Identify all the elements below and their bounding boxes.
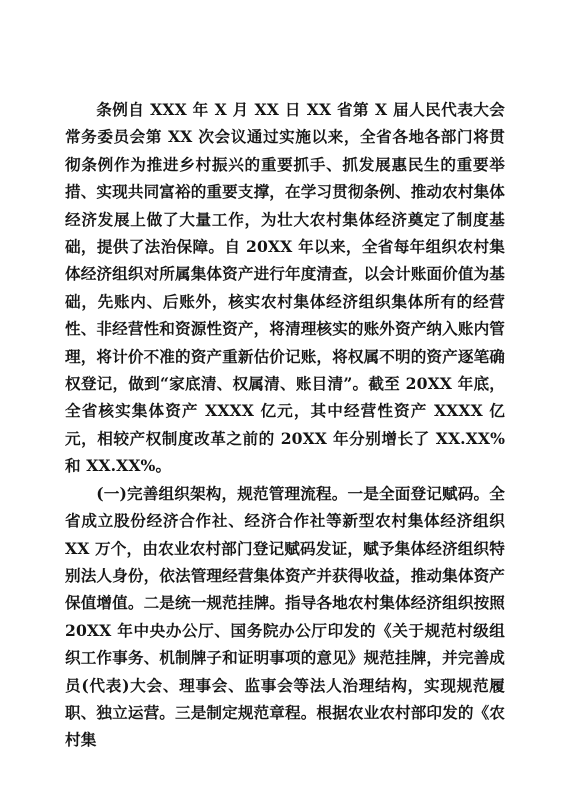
- document-page: 条例自 XXX 年 X 月 XX 日 XX 省第 X 届人民代表大会常务委员会第…: [0, 0, 570, 807]
- paragraph-org-structure: (一)完善组织架构，规范管理流程。一是全面登记赋码。全省成立股份经济合作社、经济…: [65, 480, 505, 754]
- paragraph-regulation-implementation: 条例自 XXX 年 X 月 XX 日 XX 省第 X 届人民代表大会常务委员会第…: [65, 96, 505, 480]
